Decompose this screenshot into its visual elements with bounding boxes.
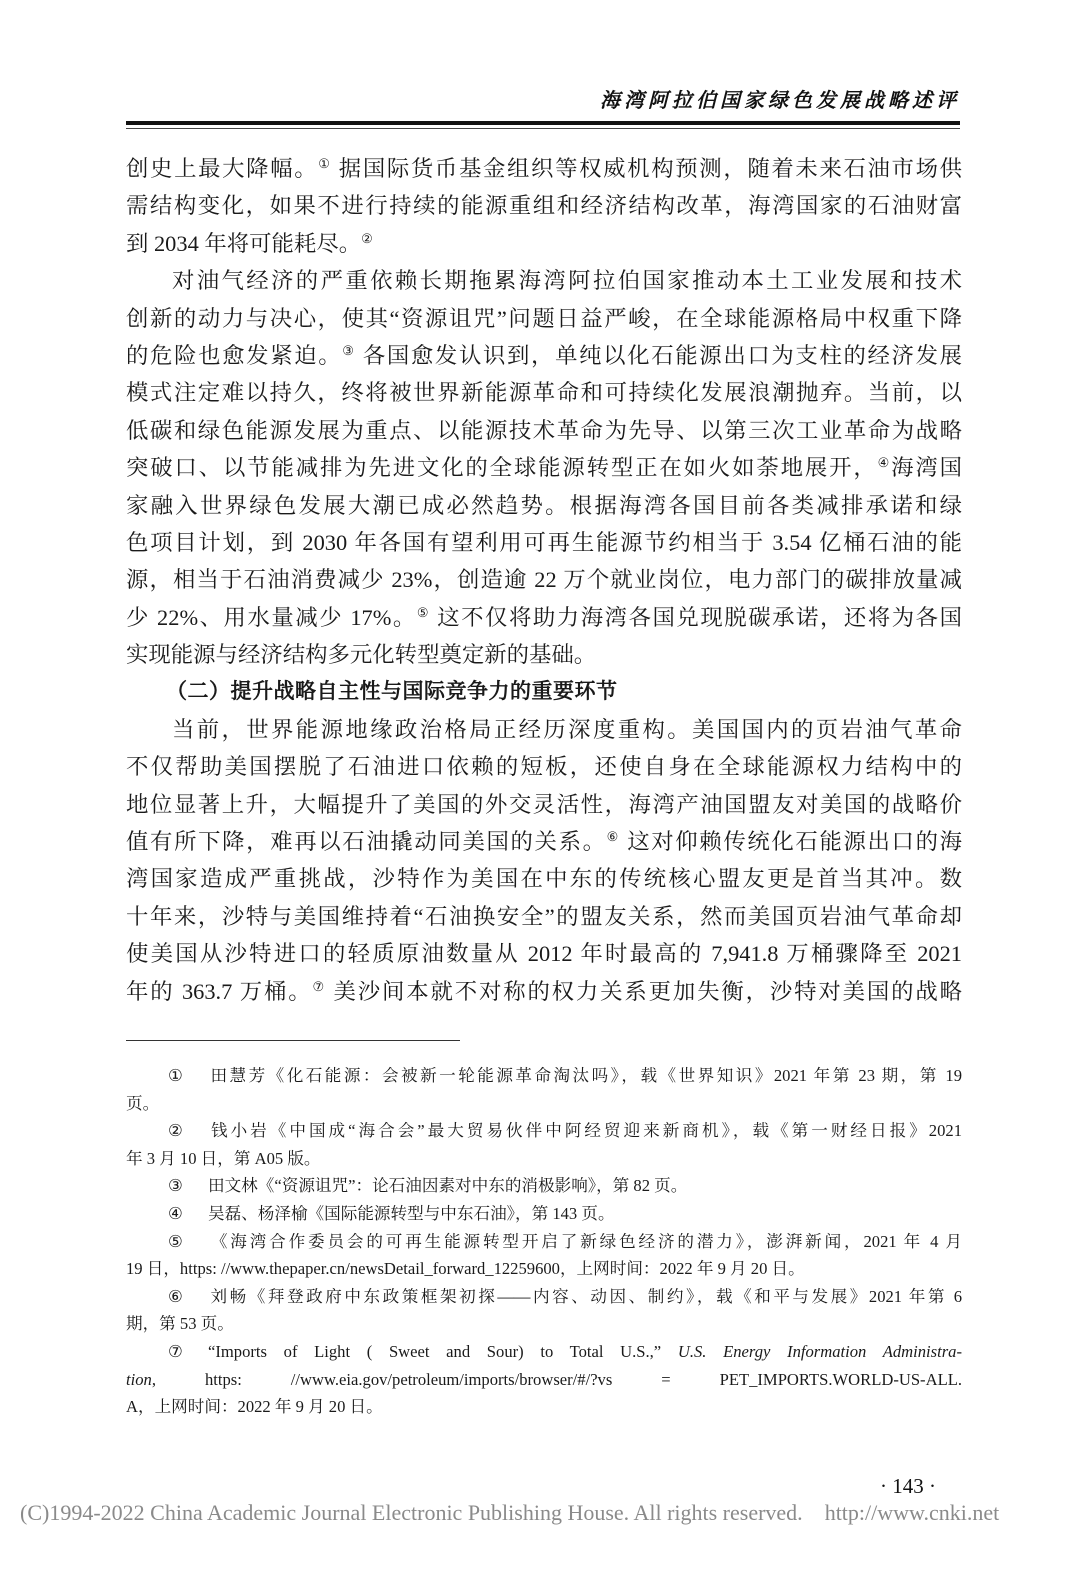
text-line: 实现能源与经济结构多元化转型奠定新的基础。 <box>126 636 962 673</box>
body-text: 创史上最大降幅。① 据国际货币基金组织等权威机构预测，随着未来石油市场供 需结构… <box>126 150 962 1010</box>
footnote-source-italic: tion <box>126 1370 152 1389</box>
text-line: 值有所下降，难再以石油撬动同美国的关系。⑥ 这对仰赖传统化石能源出口的海 <box>126 823 962 860</box>
text-span: 到 2034 年将可能耗尽。 <box>126 231 361 256</box>
footnote-mark: ⑥ <box>168 1283 208 1311</box>
footnote-line: ⑤《海湾合作委员会的可再生能源转型开启了新绿色经济的潜力》，澎湃新闻，2021 … <box>126 1228 962 1256</box>
text-line: 使美国从沙特进口的轻质原油数量从 2012 年时最高的 7,941.8 万桶骤降… <box>126 935 962 972</box>
text-line: 色项目计划，到 2030 年各国有望利用可再生能源节约相当于 3.54 亿桶石油… <box>126 524 962 561</box>
copyright-text: (C)1994-2022 China Academic Journal Elec… <box>20 1500 803 1525</box>
footnote-ref-1[interactable]: ① <box>318 156 331 171</box>
text-span: 创史上最大降幅。 <box>126 156 318 181</box>
footnote-3: ③田文林《“资源诅咒”：论石油因素对中东的消极影响》，第 82 页。 <box>126 1172 962 1200</box>
footnote-line: ①田慧芳《化石能源：会被新一轮能源革命淘汰吗》，载《世界知识》2021 年第 2… <box>126 1062 962 1090</box>
footnote-ref-4[interactable]: ④ <box>878 455 892 470</box>
cnki-link[interactable]: http://www.cnki.net <box>825 1500 1000 1525</box>
footnote-1: ①田慧芳《化石能源：会被新一轮能源革命淘汰吗》，载《世界知识》2021 年第 2… <box>126 1062 962 1117</box>
footnote-6: ⑥刘畅《拜登政府中东政策框架初探——内容、动因、制约》，载《和平与发展》2021… <box>126 1283 962 1338</box>
footnote-text: “Imports of Light ( Sweet and Sour) to T… <box>208 1342 678 1361</box>
text-span: 值有所下降，难再以石油撬动同美国的关系。 <box>126 829 607 854</box>
running-head: 海湾阿拉伯国家绿色发展战略述评 <box>600 84 960 113</box>
footnote-text: 刘畅《拜登政府中东政策框架初探——内容、动因、制约》，载《和平与发展》2021 … <box>208 1287 962 1306</box>
text-line: 对油气经济的严重依赖长期拖累海湾阿拉伯国家推动本土工业发展和技术 <box>126 262 962 299</box>
text-line: 创史上最大降幅。① 据国际货币基金组织等权威机构预测，随着未来石油市场供 <box>126 150 962 187</box>
text-line: 不仅帮助美国摆脱了石油进口依赖的短板，还使自身在全球能源权力结构中的 <box>126 748 962 785</box>
text-span: 美沙间本就不对称的权力关系更加失衡，沙特对美国的战略 <box>326 979 962 1004</box>
footnote-line: 期，第 53 页。 <box>126 1310 962 1338</box>
footnote-text: 田文林《“资源诅咒”：论石油因素对中东的消极影响》，第 82 页。 <box>208 1176 687 1195</box>
footnote-line: ⑦“Imports of Light ( Sweet and Sour) to … <box>126 1338 962 1366</box>
footnotes: ①田慧芳《化石能源：会被新一轮能源革命淘汰吗》，载《世界知识》2021 年第 2… <box>126 1062 962 1421</box>
footnote-text: 《海湾合作委员会的可再生能源转型开启了新绿色经济的潜力》，澎湃新闻，2021 年… <box>208 1232 962 1251</box>
text-line: 到 2034 年将可能耗尽。② <box>126 225 962 262</box>
text-line: 地位显著上升，大幅提升了美国的外交灵活性，海湾产油国盟友对美国的战略价 <box>126 786 962 823</box>
text-line: 创新的动力与决心，使其“资源诅咒”问题日益严峻，在全球能源格局中权重下降 <box>126 300 962 337</box>
text-span: 这对仰赖传统化石能源出口的海 <box>620 829 962 854</box>
text-line: 少 22%、用水量减少 17%。⑤ 这不仅将助力海湾各国兑现脱碳承诺，还将为各国 <box>126 599 962 636</box>
footnote-line-url[interactable]: 19 日，https: //www.thepaper.cn/newsDetail… <box>126 1255 962 1283</box>
text-line: 年的 363.7 万桶。⑦ 美沙间本就不对称的权力关系更加失衡，沙特对美国的战略 <box>126 973 962 1010</box>
footnote-text: 田慧芳《化石能源：会被新一轮能源革命淘汰吗》，载《世界知识》2021 年第 23… <box>208 1066 962 1085</box>
footnote-ref-5[interactable]: ⑤ <box>417 605 430 620</box>
text-line: 突破口、以节能减排为先进文化的全球能源转型正在如火如荼地展开，④海湾国 <box>126 449 962 486</box>
text-line: 低碳和绿色能源发展为重点、以能源技术革命为先导、以第三次工业革命为战略 <box>126 412 962 449</box>
footnote-mark: ④ <box>168 1200 208 1228</box>
footnote-line: 年 3 月 10 日，第 A05 版。 <box>126 1145 962 1173</box>
footnote-source-italic: U.S. Energy Information Administra- <box>678 1342 962 1361</box>
footnote-2: ②钱小岩《中国成“海合会”最大贸易伙伴中阿经贸迎来新商机》，载《第一财经日报》2… <box>126 1117 962 1172</box>
text-line: 湾国家造成严重挑战，沙特作为美国在中东的传统核心盟友更是首当其冲。数 <box>126 860 962 897</box>
copyright-notice: (C)1994-2022 China Academic Journal Elec… <box>20 1500 999 1526</box>
text-span: 海湾国 <box>891 455 962 480</box>
footnote-ref-6[interactable]: ⑥ <box>607 829 620 844</box>
text-line: 十年来，沙特与美国维持着“石油换安全”的盟友关系，然而美国页岩油气革命却 <box>126 898 962 935</box>
text-line: 源，相当于石油消费减少 23%，创造逾 22 万个就业岗位，电力部门的碳排放量减 <box>126 561 962 598</box>
text-line: 的危险也愈发紧迫。③ 各国愈发认识到，单纯以化石能源出口为支柱的经济发展 <box>126 337 962 374</box>
footnote-mark: ⑤ <box>168 1228 208 1256</box>
text-line: 家融入世界绿色发展大潮已成必然趋势。根据海湾各国目前各类减排承诺和绿 <box>126 487 962 524</box>
footnote-mark: ⑦ <box>168 1338 208 1366</box>
footnote-line: ④吴磊、杨泽榆《国际能源转型与中东石油》，第 143 页。 <box>126 1200 962 1228</box>
text-span: 各国愈发认识到，单纯以化石能源出口为支柱的经济发展 <box>356 343 962 368</box>
footnote-line: A，上网时间：2022 年 9 月 20 日。 <box>126 1393 962 1421</box>
footnote-7: ⑦“Imports of Light ( Sweet and Sour) to … <box>126 1338 962 1421</box>
header-rule-thick <box>126 121 960 125</box>
footnote-mark: ③ <box>168 1172 208 1200</box>
footnote-mark: ② <box>168 1117 208 1145</box>
footnote-ref-3[interactable]: ③ <box>342 343 355 358</box>
text-line: 模式注定难以持久，终将被世界新能源革命和可持续化发展浪潮抛弃。当前，以 <box>126 374 962 411</box>
text-span: 据国际货币基金组织等权威机构预测，随着未来石油市场供 <box>332 156 962 181</box>
section-heading: （二）提升战略自主性与国际竞争力的重要环节 <box>126 673 962 710</box>
footnote-text: 钱小岩《中国成“海合会”最大贸易伙伴中阿经贸迎来新商机》，载《第一财经日报》20… <box>208 1121 962 1140</box>
text-span: 少 22%、用水量减少 17%。 <box>126 605 417 630</box>
footnote-ref-2[interactable]: ② <box>361 231 373 246</box>
text-span: 年的 363.7 万桶。 <box>126 979 313 1004</box>
footnote-line: ③田文林《“资源诅咒”：论石油因素对中东的消极影响》，第 82 页。 <box>126 1172 962 1200</box>
footnote-url[interactable]: , https: //www.eia.gov/petroleum/imports… <box>152 1370 962 1389</box>
footnote-line-url[interactable]: tion, https: //www.eia.gov/petroleum/imp… <box>126 1366 962 1394</box>
footnote-text: 吴磊、杨泽榆《国际能源转型与中东石油》，第 143 页。 <box>208 1204 615 1223</box>
header-rule-thin <box>126 128 960 129</box>
text-span: 这不仅将助力海湾各国兑现脱碳承诺，还将为各国 <box>430 605 962 630</box>
text-line: 当前，世界能源地缘政治格局正经历深度重构。美国国内的页岩油气革命 <box>126 711 962 748</box>
footnote-ref-7[interactable]: ⑦ <box>313 979 327 994</box>
footnote-line: ⑥刘畅《拜登政府中东政策框架初探——内容、动因、制约》，载《和平与发展》2021… <box>126 1283 962 1311</box>
footnote-4: ④吴磊、杨泽榆《国际能源转型与中东石油》，第 143 页。 <box>126 1200 962 1228</box>
footnote-line: 页。 <box>126 1090 962 1118</box>
footnote-5: ⑤《海湾合作委员会的可再生能源转型开启了新绿色经济的潜力》，澎湃新闻，2021 … <box>126 1228 962 1283</box>
footnote-mark: ① <box>168 1062 208 1090</box>
footnote-rule <box>126 1040 460 1041</box>
page-number: · 143 · <box>880 1474 936 1499</box>
text-line: 需结构变化，如果不进行持续的能源重组和经济结构改革，海湾国家的石油财富 <box>126 187 962 224</box>
text-span: 突破口、以节能减排为先进文化的全球能源转型正在如火如荼地展开， <box>126 455 878 480</box>
text-span: 的危险也愈发紧迫。 <box>126 343 342 368</box>
footnote-line: ②钱小岩《中国成“海合会”最大贸易伙伴中阿经贸迎来新商机》，载《第一财经日报》2… <box>126 1117 962 1145</box>
